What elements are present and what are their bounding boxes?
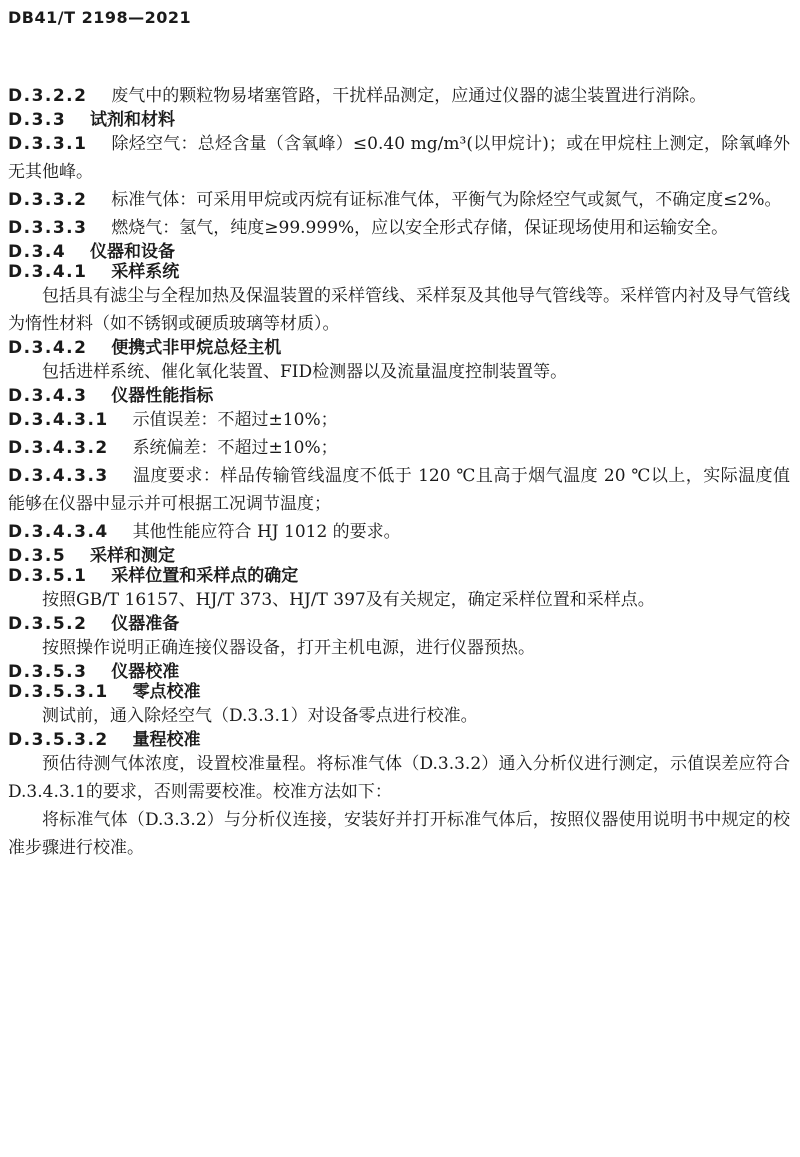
clause-D.3.3.1: D.3.3.1除烃空气：总烃含量（含氧峰）≤0.40 mg/m³(以甲烷计)；或… bbox=[8, 130, 790, 186]
heading-number: D.3.5.3.1 bbox=[8, 682, 109, 702]
heading-D.3.4: D.3.4仪器和设备 bbox=[8, 242, 790, 262]
heading-D.3.5.3.1: D.3.5.3.1零点校准 bbox=[8, 682, 790, 702]
clause-number: D.3.3.2 bbox=[8, 190, 87, 210]
heading-number: D.3.5.3.2 bbox=[8, 730, 109, 750]
clause-text: 废气中的颗粒物易堵塞管路，干扰样品测定，应通过仪器的滤尘装置进行消除。 bbox=[111, 86, 706, 106]
clause-text: 除烃空气：总烃含量（含氧峰）≤0.40 mg/m³(以甲烷计)；或在甲烷柱上测定… bbox=[8, 134, 790, 182]
heading-title: 仪器和设备 bbox=[90, 242, 175, 262]
clause-D.3.4.3.3: D.3.4.3.3温度要求：样品传输管线温度不低于 120 ℃且高于烟气温度 2… bbox=[8, 462, 790, 518]
paragraph: 测试前，通入除烃空气（D.3.3.1）对设备零点进行校准。 bbox=[8, 702, 790, 730]
clause-number: D.3.4.3.1 bbox=[8, 410, 109, 430]
heading-number: D.3.3 bbox=[8, 110, 66, 130]
clause-number: D.3.4.3.4 bbox=[8, 522, 109, 542]
heading-number: D.3.5.1 bbox=[8, 566, 87, 586]
clause-text: 燃烧气：氢气，纯度≥99.999%，应以安全形式存储，保证现场使用和运输安全。 bbox=[111, 218, 728, 238]
clause-D.3.2.2: D.3.2.2废气中的颗粒物易堵塞管路，干扰样品测定，应通过仪器的滤尘装置进行消… bbox=[8, 82, 790, 110]
heading-title: 仪器性能指标 bbox=[111, 386, 213, 406]
clause-text: 其他性能应符合 HJ 1012 的要求。 bbox=[133, 522, 401, 542]
clause-number: D.3.4.3.3 bbox=[8, 466, 109, 486]
heading-number: D.3.4.2 bbox=[8, 338, 87, 358]
heading-title: 仪器准备 bbox=[111, 614, 179, 634]
heading-title: 采样和测定 bbox=[90, 546, 175, 566]
clause-number: D.3.3.1 bbox=[8, 134, 87, 154]
heading-D.3.5.3.2: D.3.5.3.2量程校准 bbox=[8, 730, 790, 750]
heading-D.3.4.2: D.3.4.2便携式非甲烷总烃主机 bbox=[8, 338, 790, 358]
paragraph: 按照操作说明正确连接仪器设备，打开主机电源，进行仪器预热。 bbox=[8, 634, 790, 662]
heading-number: D.3.5.3 bbox=[8, 662, 87, 682]
paragraph: 按照GB/T 16157、HJ/T 373、HJ/T 397及有关规定，确定采样… bbox=[8, 586, 790, 614]
heading-D.3.5: D.3.5采样和测定 bbox=[8, 546, 790, 566]
heading-D.3.4.3: D.3.4.3仪器性能指标 bbox=[8, 386, 790, 406]
clause-text: 温度要求：样品传输管线温度不低于 120 ℃且高于烟气温度 20 ℃以上，实际温… bbox=[8, 466, 790, 514]
heading-title: 试剂和材料 bbox=[90, 110, 175, 130]
clause-text: 示值误差：不超过±10%； bbox=[133, 410, 338, 430]
heading-number: D.3.5 bbox=[8, 546, 66, 566]
paragraph: 预估待测气体浓度，设置校准量程。将标准气体（D.3.3.2）通入分析仪进行测定，… bbox=[8, 750, 790, 806]
clause-number: D.3.2.2 bbox=[8, 86, 87, 106]
heading-D.3.5.2: D.3.5.2仪器准备 bbox=[8, 614, 790, 634]
heading-number: D.3.4.3 bbox=[8, 386, 87, 406]
doc-number: DB41/T 2198—2021 bbox=[8, 8, 790, 28]
clause-text: 标准气体：可采用甲烷或丙烷有证标准气体，平衡气为除烃空气或氮气，不确定度≤2%。 bbox=[111, 190, 781, 210]
clause-number: D.3.3.3 bbox=[8, 218, 87, 238]
heading-title: 量程校准 bbox=[133, 730, 201, 750]
heading-title: 采样位置和采样点的确定 bbox=[111, 566, 298, 586]
heading-number: D.3.4 bbox=[8, 242, 66, 262]
paragraph: 包括进样系统、催化氧化装置、FID检测器以及流量温度控制装置等。 bbox=[8, 358, 790, 386]
heading-number: D.3.4.1 bbox=[8, 262, 87, 282]
clause-D.3.4.3.4: D.3.4.3.4其他性能应符合 HJ 1012 的要求。 bbox=[8, 518, 790, 546]
paragraph: 包括具有滤尘与全程加热及保温装置的采样管线、采样泵及其他导气管线等。采样管内衬及… bbox=[8, 282, 790, 338]
heading-title: 仪器校准 bbox=[111, 662, 179, 682]
heading-title: 零点校准 bbox=[133, 682, 201, 702]
heading-number: D.3.5.2 bbox=[8, 614, 87, 634]
clause-D.3.4.3.1: D.3.4.3.1示值误差：不超过±10%； bbox=[8, 406, 790, 434]
heading-D.3.5.3: D.3.5.3仪器校准 bbox=[8, 662, 790, 682]
document-page: DB41/T 2198—2021 D.3.2.2废气中的颗粒物易堵塞管路，干扰样… bbox=[0, 0, 800, 1157]
heading-D.3.4.1: D.3.4.1采样系统 bbox=[8, 262, 790, 282]
heading-D.3.5.1: D.3.5.1采样位置和采样点的确定 bbox=[8, 566, 790, 586]
heading-title: 采样系统 bbox=[111, 262, 179, 282]
clause-D.3.3.2: D.3.3.2标准气体：可采用甲烷或丙烷有证标准气体，平衡气为除烃空气或氮气，不… bbox=[8, 186, 790, 214]
heading-title: 便携式非甲烷总烃主机 bbox=[111, 338, 281, 358]
clause-text: 系统偏差：不超过±10%； bbox=[133, 438, 338, 458]
clause-D.3.3.3: D.3.3.3燃烧气：氢气，纯度≥99.999%，应以安全形式存储，保证现场使用… bbox=[8, 214, 790, 242]
paragraph: 将标准气体（D.3.3.2）与分析仪连接，安装好并打开标准气体后，按照仪器使用说… bbox=[8, 806, 790, 862]
clause-D.3.4.3.2: D.3.4.3.2系统偏差：不超过±10%； bbox=[8, 434, 790, 462]
clause-number: D.3.4.3.2 bbox=[8, 438, 109, 458]
document-body: D.3.2.2废气中的颗粒物易堵塞管路，干扰样品测定，应通过仪器的滤尘装置进行消… bbox=[8, 82, 790, 862]
heading-D.3.3: D.3.3试剂和材料 bbox=[8, 110, 790, 130]
